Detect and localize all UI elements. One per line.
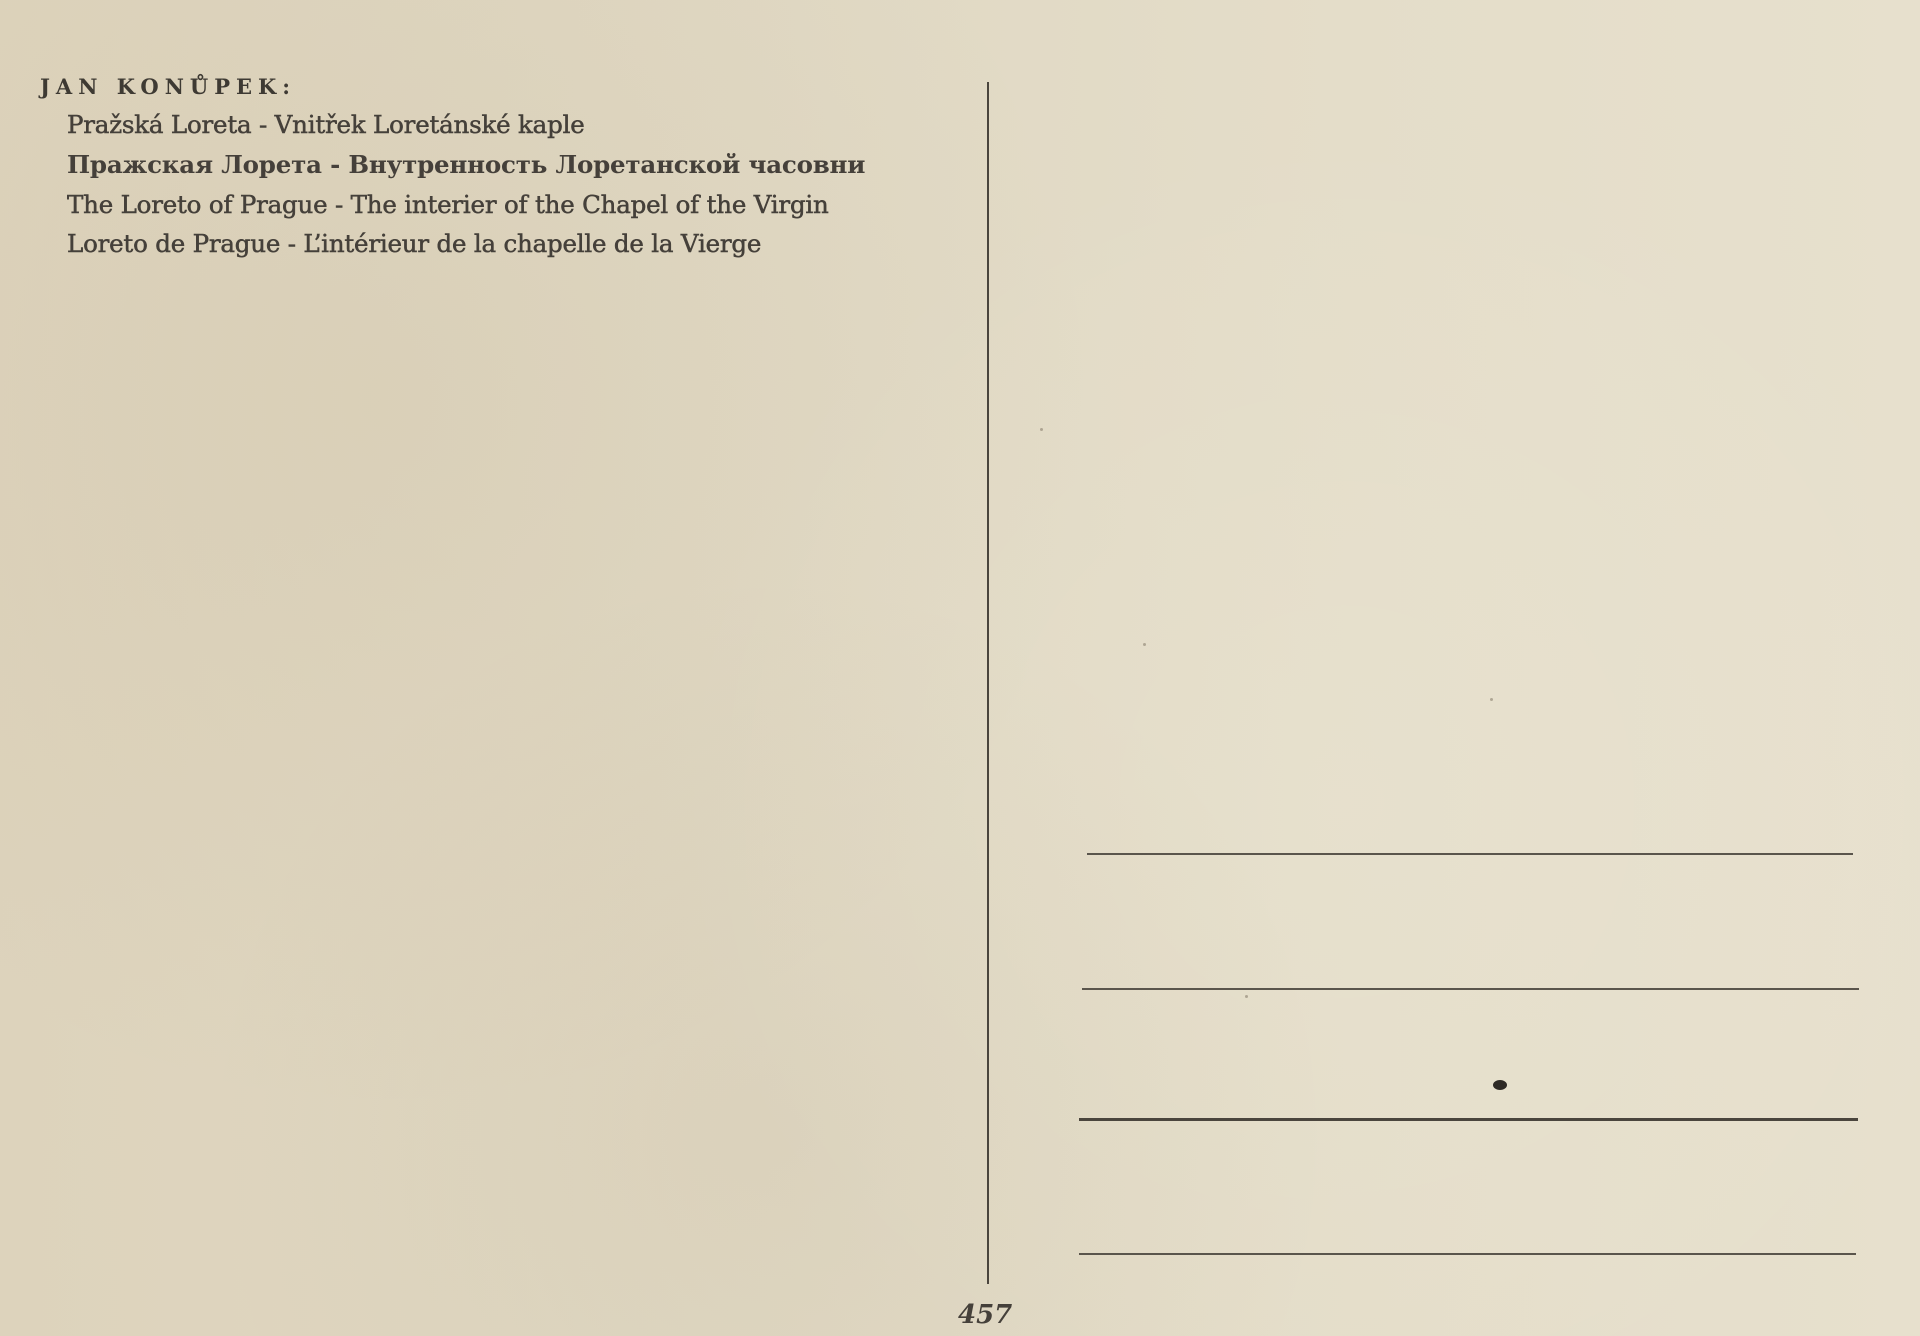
paper-speck [1143, 643, 1146, 646]
paper-speck [1490, 698, 1493, 701]
caption-czech: Pražská Loreta - Vnitřek Loretánské kapl… [67, 110, 585, 139]
caption-english: The Loreto of Prague - The interier of t… [67, 190, 829, 219]
address-line-4 [1079, 1253, 1856, 1255]
ink-spot [1493, 1080, 1507, 1090]
page-number: 457 [958, 1300, 1012, 1330]
center-divider-line [987, 82, 989, 1284]
artist-heading: JAN KONŮPEK: [40, 74, 296, 99]
address-line-1 [1087, 853, 1853, 855]
address-line-2 [1082, 988, 1859, 990]
address-line-3 [1079, 1118, 1858, 1121]
paper-speck [1040, 428, 1043, 431]
paper-speck [1245, 995, 1248, 998]
caption-russian: Пражская Лорета - Внутренность Лоретанск… [67, 150, 865, 179]
caption-french: Loreto de Prague - L’intérieur de la cha… [67, 229, 761, 258]
